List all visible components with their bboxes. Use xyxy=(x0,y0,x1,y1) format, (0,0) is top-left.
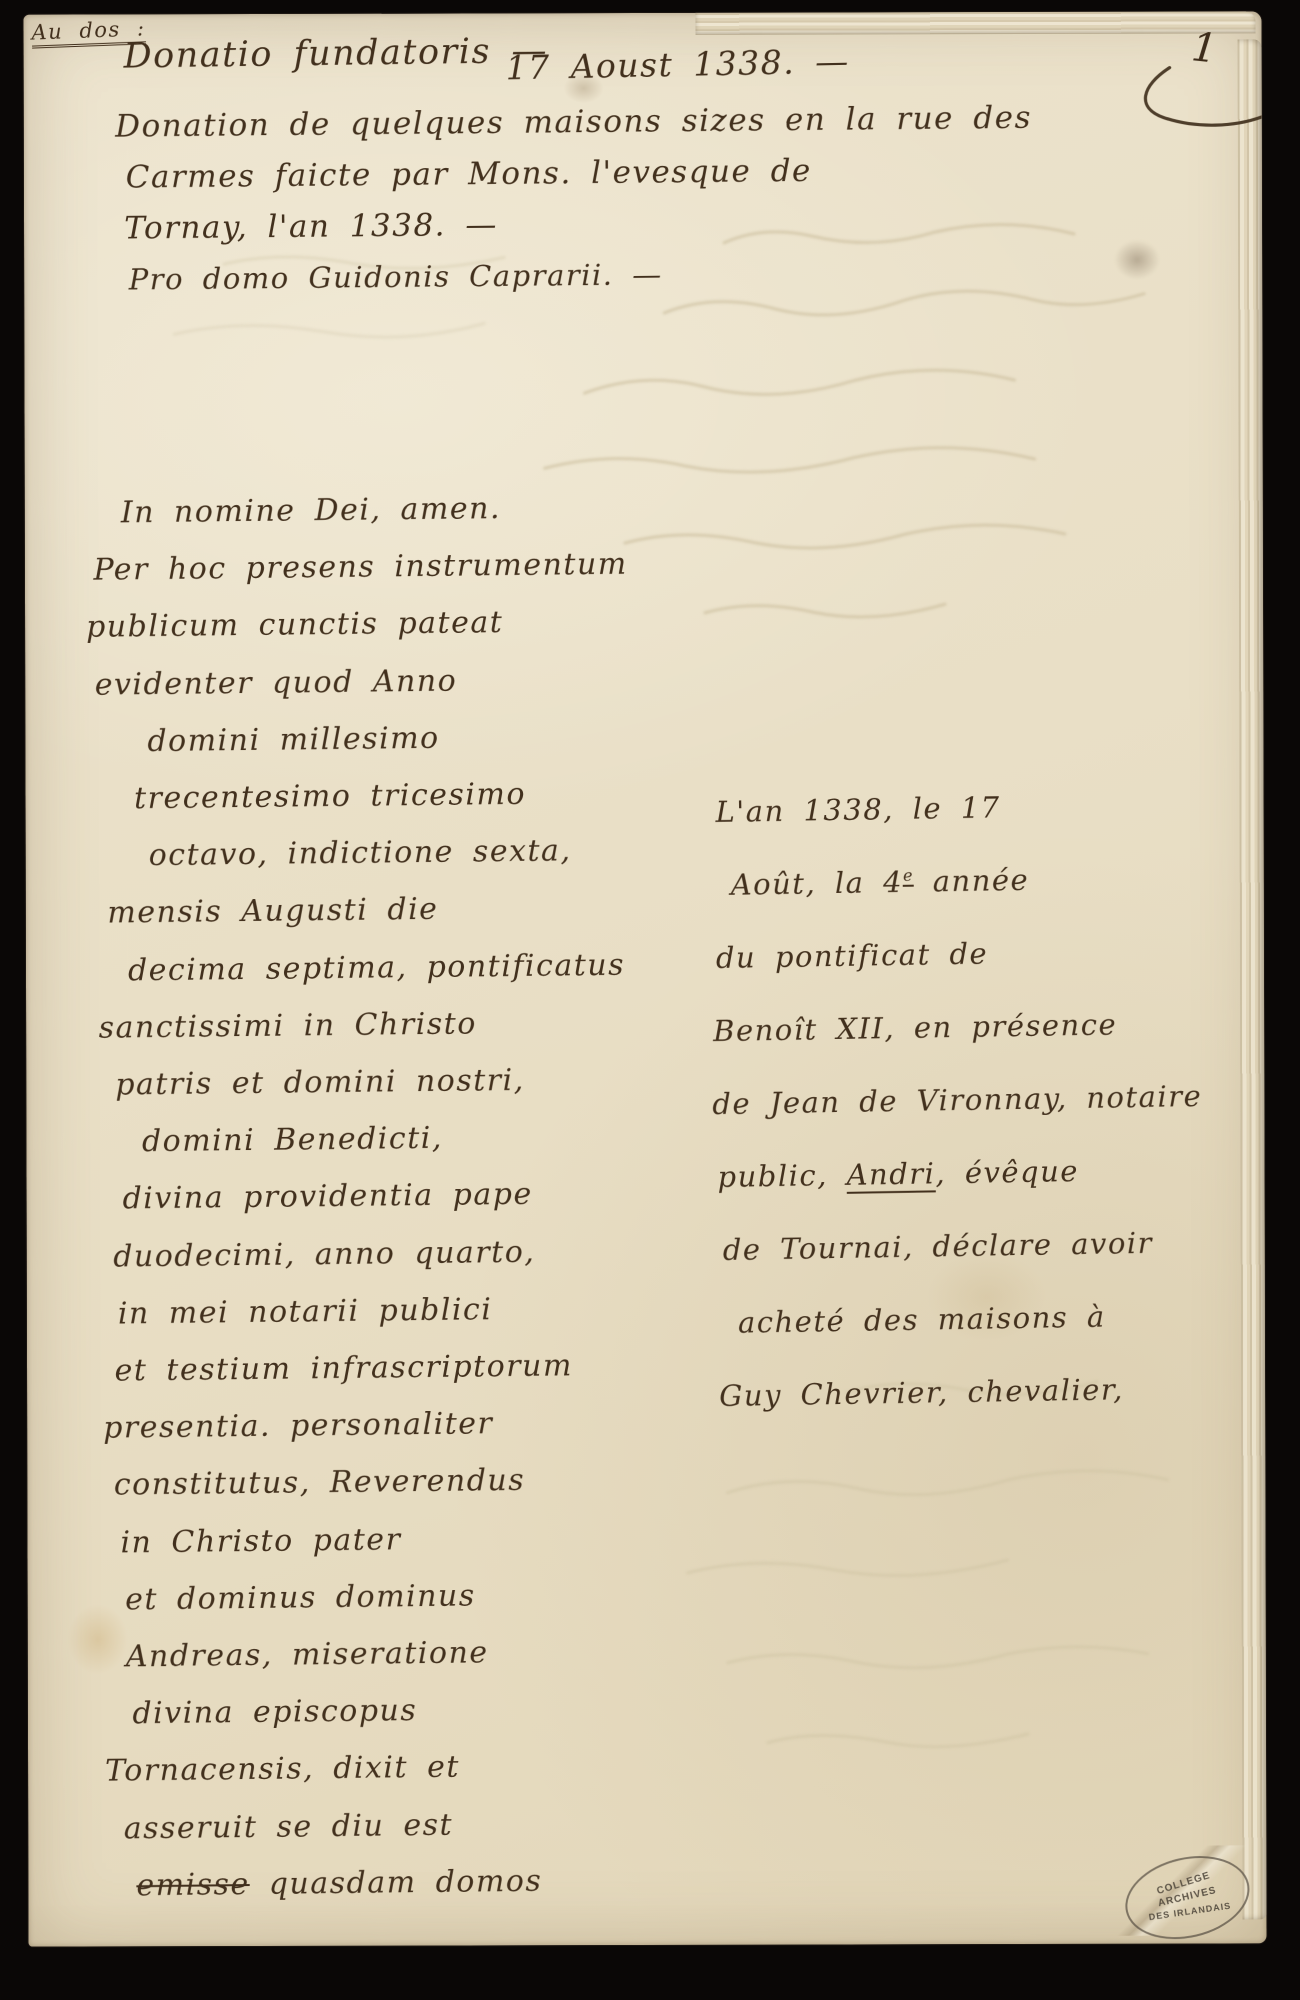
latin-line: octavo, indictione sexta, xyxy=(148,822,631,885)
latin-line: trecentesimo tricesimo xyxy=(134,765,631,828)
latin-line: publicum cunctis pateat xyxy=(86,593,629,656)
french-line-segment: Août, la 4 xyxy=(730,865,903,902)
struck-word: emisse xyxy=(136,1867,250,1903)
latin-line: in mei notarii publici xyxy=(118,1279,637,1342)
latin-line: sanctissimi in Christo xyxy=(98,993,633,1056)
manuscript-page: Au dos : Donatio fundatoris — 17 Aoust 1… xyxy=(23,11,1266,1946)
latin-line: mensis Augusti die xyxy=(107,879,632,942)
french-line: Benoît XII, en présence xyxy=(713,987,1202,1068)
ordinal-superscript: e xyxy=(903,866,914,887)
latin-line: divina providentia pape xyxy=(122,1165,635,1228)
french-text-column: L'an 1338, le 17 Août, la 4e année du po… xyxy=(681,768,1208,1433)
latin-line: decima septima, pontificatus xyxy=(128,936,633,999)
title-date: 17 Aoust 1338. — xyxy=(505,41,850,87)
summary-line: Tornay, l'an 1338. — xyxy=(124,195,1033,255)
summary-line: Pro domo Guidonis Caprarii. — xyxy=(128,246,1033,306)
latin-line: constitutus, Reverendus xyxy=(114,1451,639,1514)
french-line: Guy Chevrier, chevalier, xyxy=(719,1352,1208,1433)
latin-line: et testium infrascriptorum xyxy=(114,1337,637,1400)
french-line: Août, la 4e année xyxy=(730,841,1199,922)
latin-line: evidenter quod Anno xyxy=(94,650,629,713)
summary-paragraph: Donation de quelques maisons sizes en la… xyxy=(115,93,1034,306)
summary-line: Donation de quelques maisons sizes en la… xyxy=(115,93,1032,153)
latin-line: Tornacensis, dixit et xyxy=(105,1737,642,1800)
latin-line: Per hoc presens instrumentum xyxy=(93,536,628,599)
french-line-segment: public, xyxy=(717,1158,847,1194)
latin-line: domini millesimo xyxy=(147,707,630,770)
latin-line: in Christo pater xyxy=(120,1508,639,1571)
latin-last-line: emisse quasdam domos xyxy=(136,1851,643,1914)
latin-line: et dominus dominus xyxy=(125,1565,640,1628)
photograph-of-manuscript: { "document": { "marginal_note": "Au dos… xyxy=(0,0,1300,2000)
page-stack-edge-top xyxy=(695,11,1255,34)
latin-line: Andreas, miseratione xyxy=(125,1623,640,1686)
french-line: du pontificat de xyxy=(715,914,1200,995)
title-latin: Donatio fundatoris — xyxy=(123,31,548,77)
french-line: L'an 1338, le 17 xyxy=(715,768,1198,849)
page-number: 1 xyxy=(1189,24,1221,73)
latin-line: presentia. personaliter xyxy=(103,1394,638,1457)
french-line-segment: , évêque xyxy=(935,1154,1079,1190)
latin-line: divina episcopus xyxy=(132,1680,641,1743)
latin-line: asseruit se diu est xyxy=(123,1794,642,1857)
latin-line: duodecimi, anno quarto, xyxy=(113,1222,636,1285)
latin-text-column: In nomine Dei, amen. Per hoc presens ins… xyxy=(64,479,642,1915)
latin-line: domini Benedicti, xyxy=(142,1108,635,1171)
latin-line: In nomine Dei, amen. xyxy=(120,479,627,542)
french-line: de Jean de Vironnay, notaire xyxy=(712,1060,1203,1141)
french-line-segment: année xyxy=(914,863,1030,899)
page-stack-edge-right xyxy=(1238,39,1267,1919)
french-line: de Tournai, déclare avoir xyxy=(722,1206,1205,1287)
latin-line: patris et domini nostri, xyxy=(115,1051,634,1114)
french-line: acheté des maisons à xyxy=(737,1279,1206,1360)
ink-smudge xyxy=(1114,240,1160,280)
summary-line: Carmes faicte par Mons. l'evesque de xyxy=(125,144,1032,204)
underlined-name: Andri xyxy=(846,1156,935,1193)
french-line: public, Andri, évêque xyxy=(717,1133,1204,1214)
latin-last-line-rest: quasdam domos xyxy=(269,1864,543,1902)
